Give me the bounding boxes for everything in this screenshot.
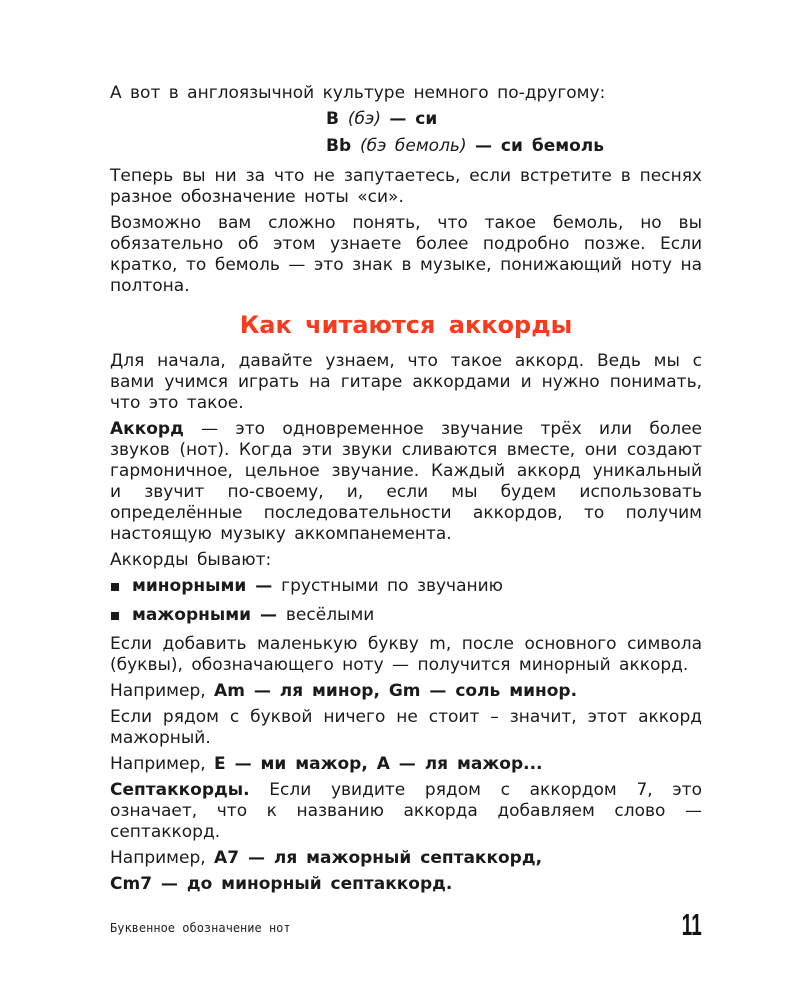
footer-section-title: Буквенное обозначение нот: [110, 920, 291, 936]
text-run: Cm7 — до минорный септаккорд.: [110, 874, 452, 894]
paragraph-seventh-example-cm7: Cm7 — до минорный септаккорд.: [110, 874, 702, 895]
text-run: Септаккорды.: [110, 780, 250, 800]
paragraph-major-rule: Если рядом с буквой ничего не стоит – зн…: [110, 707, 702, 749]
note-examples-block: B (бэ) — си Bb (бэ бемоль) — си бемоль: [110, 109, 702, 157]
text-run: B: [326, 109, 348, 129]
paragraph-chords-intro: Для начала, давайте узнаем, что такое ак…: [110, 351, 702, 414]
section-heading-how-chords-read: Как читаются аккорды: [110, 309, 702, 341]
text-run: Аккорд: [110, 419, 184, 439]
text-run: весёлыми: [286, 605, 374, 625]
page-content: А вот в англоязычной культуре немного по…: [110, 83, 702, 900]
list-item-minor-chords: минорными — грустными по звучанию: [110, 576, 702, 597]
text-run: Например,: [110, 848, 214, 868]
text-run: грустными по звучанию: [281, 576, 503, 596]
square-bullet-icon: [111, 612, 119, 620]
paragraph-chord-types-intro: Аккорды бывают:: [110, 550, 702, 571]
paragraph-minor-examples: Например, Am — ля минор, Gm — соль минор…: [110, 681, 702, 702]
text-run: Bb: [326, 136, 360, 156]
text-run: A7 — ля мажорный септаккорд,: [214, 848, 542, 868]
example-note-b: B (бэ) — си: [110, 109, 702, 130]
example-note-b-flat: Bb (бэ бемоль) — си бемоль: [110, 136, 702, 157]
list-item-major-text: мажорными — весёлыми: [132, 605, 374, 626]
text-run: Например,: [110, 681, 214, 701]
book-page: А вот в англоязычной культуре немного по…: [0, 0, 800, 1000]
list-item-major-chords: мажорными — весёлыми: [110, 605, 702, 626]
paragraph-seventh-example-a7: Например, A7 — ля мажорный септаккорд,: [110, 848, 702, 869]
text-run: (бэ бемоль): [360, 136, 475, 156]
text-run: — си бемоль: [475, 136, 604, 156]
paragraph-flat-explanation: Возможно вам сложно понять, что такое бе…: [110, 213, 702, 297]
paragraph-chord-definition: Аккорд — это одновременное звучание трёх…: [110, 419, 702, 545]
text-run: (бэ): [348, 109, 389, 129]
page-number: 11: [682, 908, 702, 942]
square-bullet-icon: [111, 583, 119, 591]
text-run: E — ми мажор, A — ля мажор...: [214, 754, 542, 774]
paragraph-english-intro: А вот в англоязычной культуре немного по…: [110, 83, 702, 104]
paragraph-minor-rule: Если добавить маленькую букву m, после о…: [110, 634, 702, 676]
text-run: — си: [389, 109, 437, 129]
paragraph-seventh-chords: Септаккорды. Если увидите рядом с аккорд…: [110, 780, 702, 843]
list-item-minor-text: минорными — грустными по звучанию: [132, 576, 503, 597]
paragraph-si-notation: Теперь вы ни за что не запутаетесь, если…: [110, 166, 702, 208]
text-run: Am — ля минор, Gm — соль минор.: [214, 681, 577, 701]
text-run: — это одновременное звучание трёх или бо…: [110, 419, 702, 544]
text-run: Например,: [110, 754, 214, 774]
paragraph-major-examples: Например, E — ми мажор, A — ля мажор...: [110, 754, 702, 775]
text-run: мажорными —: [132, 605, 286, 625]
text-run: минорными —: [132, 576, 281, 596]
